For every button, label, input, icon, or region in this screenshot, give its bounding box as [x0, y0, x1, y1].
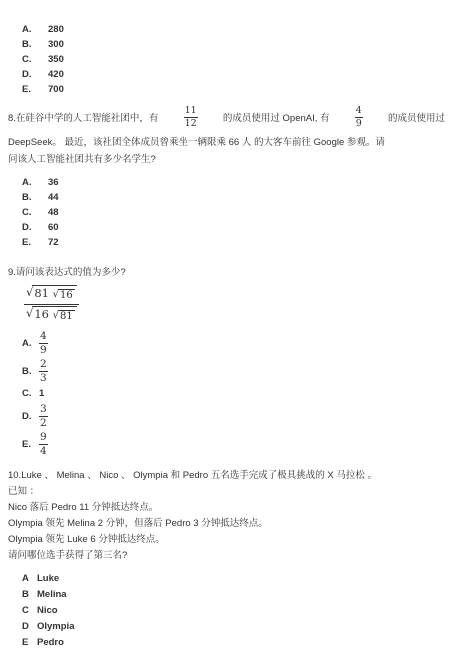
- question-8-line-3: 问该人工智能社团共有多少名学生?: [8, 151, 445, 168]
- option-value: 60: [48, 222, 59, 233]
- option-letter: D: [22, 621, 37, 632]
- option-letter: A.: [22, 177, 48, 188]
- fraction: 11 12: [184, 105, 198, 129]
- option-row: B. 2 3: [22, 357, 445, 385]
- option-row: E Pedro: [22, 634, 445, 650]
- sqrt-inner: √ 16: [53, 289, 75, 303]
- question-10-line-5: Olympia 领先 Luke 6 分钟抵达终点。: [8, 532, 445, 548]
- option-letter: B: [22, 589, 37, 600]
- option-value: 420: [48, 69, 64, 80]
- option-value: 300: [48, 39, 64, 50]
- question-8-text: 8.在硅谷中学的人工智能社团中，有: [8, 110, 158, 124]
- question-10-line-3: Nico 落后 Pedro 11 分钟抵达终点。: [8, 500, 445, 516]
- question-8: 8.在硅谷中学的人工智能社团中，有 11 12 的成员使用过 OpenAI, 有…: [8, 100, 445, 168]
- expression-denominator: √ 16 √ 81: [26, 305, 77, 324]
- question-10-options: A Luke B Melina C Nico D Olympia E Pedro: [22, 570, 445, 650]
- option-row: C. 1: [22, 385, 445, 402]
- option-letter: E.: [22, 84, 48, 95]
- option-row: B. 44: [22, 190, 445, 205]
- fraction: 9 4: [39, 431, 48, 457]
- option-row: D. 3 2: [22, 402, 445, 430]
- option-row: C. 350: [22, 52, 445, 67]
- question-8-line-2: DeepSeek。 最近，该社团全体成员曾乘坐一辆限乘 66 人 的大客车前往 …: [8, 134, 445, 151]
- expression-numerator: √ 81 √ 16: [24, 285, 79, 305]
- radicand-value: 16: [58, 289, 75, 303]
- fraction: 2 3: [39, 358, 48, 384]
- option-value: Pedro: [37, 637, 64, 648]
- option-value: 44: [48, 192, 59, 203]
- question-10-line-4: Olympia 领先 Melina 2 分钟，但落后 Pedro 3 分钟抵达终…: [8, 516, 445, 532]
- option-letter: C: [22, 605, 37, 616]
- option-letter: E.: [22, 237, 48, 248]
- option-value: Melina: [37, 589, 67, 600]
- option-row: D Olympia: [22, 618, 445, 634]
- option-value: Olympia: [37, 621, 75, 632]
- option-row: E. 72: [22, 235, 445, 250]
- option-letter: C.: [22, 388, 39, 399]
- fraction: 4 9: [39, 330, 48, 356]
- option-value: 350: [48, 54, 64, 65]
- option-letter: C.: [22, 207, 48, 218]
- option-row: A. 4 9: [22, 329, 445, 357]
- option-letter: B.: [22, 366, 39, 377]
- option-value: 1: [39, 388, 44, 399]
- option-row: B Melina: [22, 586, 445, 602]
- option-row: C Nico: [22, 602, 445, 618]
- option-letter: C.: [22, 54, 48, 65]
- fraction-denominator: 9: [39, 344, 48, 357]
- radical-expression: √ 81 √ 16 √ 16 √ 81: [24, 285, 79, 323]
- option-row: E. 9 4: [22, 430, 445, 458]
- option-row: A Luke: [22, 570, 445, 586]
- fraction-denominator: 12: [184, 118, 198, 129]
- option-row: D. 420: [22, 67, 445, 82]
- option-letter: A: [22, 573, 37, 584]
- fraction: 3 2: [39, 403, 48, 429]
- option-row: D. 60: [22, 220, 445, 235]
- option-value: Luke: [37, 573, 59, 584]
- radicand: 81 √ 16: [32, 285, 76, 303]
- fraction-denominator: 2: [39, 417, 48, 430]
- option-letter: E: [22, 637, 37, 648]
- option-value: 72: [48, 237, 59, 248]
- option-value: 48: [48, 207, 59, 218]
- option-letter: B.: [22, 192, 48, 203]
- fraction-numerator: 4: [39, 330, 48, 344]
- question-9-title: 9.请问该表达式的值为多少?: [8, 264, 445, 281]
- question-10: 10.Luke 、 Melina 、 Nico 、 Olympia 和 Pedr…: [8, 468, 445, 564]
- option-letter: A.: [22, 338, 39, 349]
- question-10-line-2: 已知 ：: [8, 484, 445, 500]
- option-letter: A.: [22, 24, 48, 35]
- radicand-value: 81: [58, 310, 75, 324]
- question-8-text: 的成员使用过 OpenAI, 有: [223, 110, 330, 124]
- radicand-value: 81: [34, 286, 49, 300]
- question-8-text: 的成员使用过: [388, 110, 445, 124]
- fraction-denominator: 9: [355, 118, 363, 129]
- question-9-options: A. 4 9 B. 2 3 C. 1 D. 3 2 E.: [22, 329, 445, 458]
- fraction-numerator: 4: [355, 105, 363, 117]
- fraction-numerator: 2: [39, 358, 48, 372]
- fraction-numerator: 11: [184, 105, 198, 117]
- option-row: E. 700: [22, 82, 445, 97]
- fraction: 4 9: [355, 105, 363, 129]
- document-page: A. 280 B. 300 C. 350 D. 420 E. 700 8.在硅谷…: [0, 0, 453, 656]
- fraction-numerator: 9: [39, 431, 48, 445]
- option-letter: D.: [22, 411, 39, 422]
- sqrt-outer: √ 81 √ 16: [26, 285, 77, 303]
- question-8-options: A. 36 B. 44 C. 48 D. 60 E. 72: [22, 175, 445, 250]
- question-7-options: A. 280 B. 300 C. 350 D. 420 E. 700: [22, 22, 445, 97]
- option-value: 700: [48, 84, 64, 95]
- option-row: A. 280: [22, 22, 445, 37]
- option-letter: B.: [22, 39, 48, 50]
- option-letter: D.: [22, 69, 48, 80]
- option-row: A. 36: [22, 175, 445, 190]
- fraction-denominator: 4: [39, 445, 48, 458]
- fraction-numerator: 3: [39, 403, 48, 417]
- question-8-line-1: 8.在硅谷中学的人工智能社团中，有 11 12 的成员使用过 OpenAI, 有…: [8, 100, 445, 134]
- option-row: B. 300: [22, 37, 445, 52]
- option-letter: E.: [22, 439, 39, 450]
- option-value: Nico: [37, 605, 58, 616]
- fraction-denominator: 3: [39, 372, 48, 385]
- radicand-value: 16: [34, 307, 49, 321]
- option-value: 36: [48, 177, 59, 188]
- option-letter: D.: [22, 222, 48, 233]
- sqrt-outer: √ 16 √ 81: [26, 306, 77, 324]
- radicand: 16 √ 81: [32, 306, 76, 324]
- question-10-line-1: 10.Luke 、 Melina 、 Nico 、 Olympia 和 Pedr…: [8, 468, 445, 484]
- sqrt-inner: √ 81: [53, 310, 75, 324]
- option-row: C. 48: [22, 205, 445, 220]
- option-value: 280: [48, 24, 64, 35]
- question-10-line-6: 请问哪位选手获得了第三名?: [8, 548, 445, 564]
